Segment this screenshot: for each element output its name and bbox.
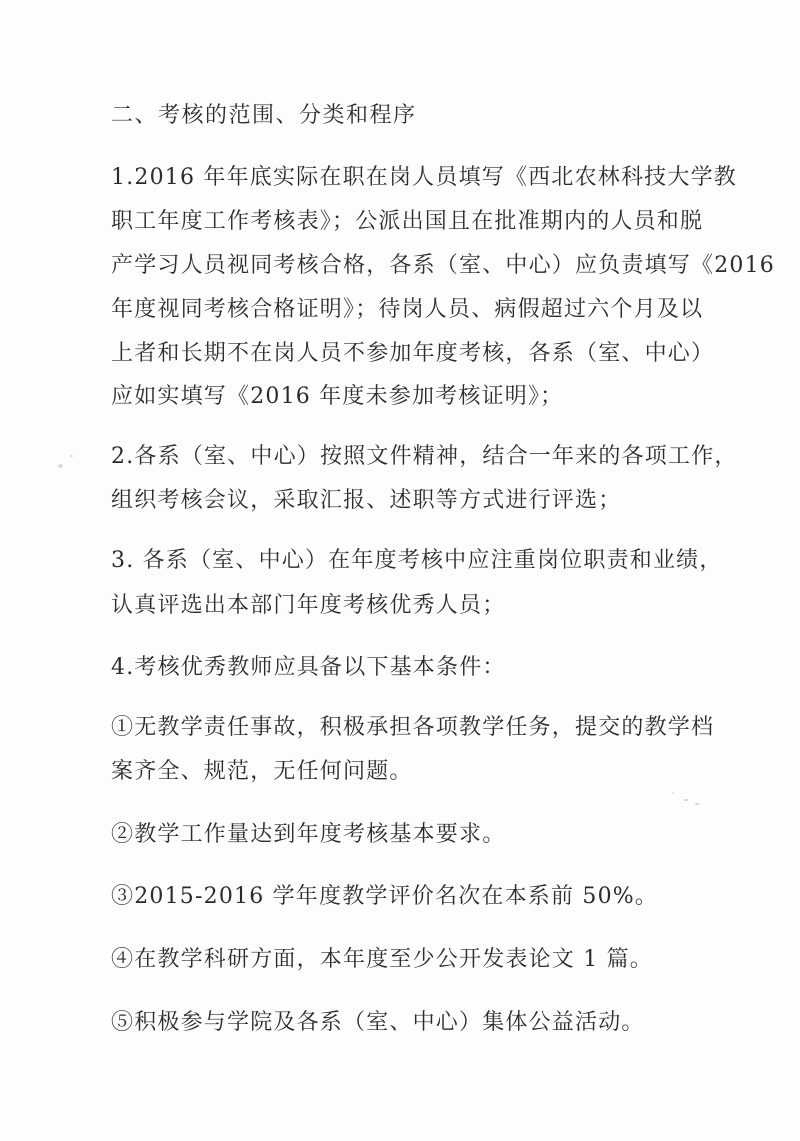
condition-3: ③2015-2016 学年度教学评价名次在本系前 50%。 [111,884,658,910]
condition-4: ④在教学科研方面，本年度至少公开发表论文 1 篇。 [111,947,653,973]
item-1-line-5: 上者和长期不在岗人员不参加年度考核，各系（室、中心） [111,341,714,367]
scanned-document-page: 二、考核的范围、分类和程序 1.2016 年年底实际在职在岗人员填写《西北农林科… [0,0,800,1141]
item-1-line-1: 1.2016 年年底实际在职在岗人员填写《西北农林科技大学教 [111,165,737,191]
item-2-line-1: 2.各系（室、中心）按照文件精神，结合一年来的各项工作， [111,444,738,470]
item-2-line-2: 组织考核会议，采取汇报、述职等方式进行评选； [111,488,621,514]
scan-speck [70,455,73,457]
section-heading: 二、考核的范围、分类和程序 [111,103,417,129]
condition-5: ⑤积极参与学院及各系（室、中心）集体公益活动。 [111,1010,645,1036]
condition-1-line-1: ①无教学责任事故，积极承担各项教学任务，提交的教学档 [111,715,714,741]
item-1-line-6: 应如实填写《2016 年度未参加考核证明》； [111,384,563,410]
item-1-line-2: 职工年度工作考核表》；公派出国且在批准期内的人员和脱 [111,209,703,235]
condition-1-line-2: 案齐全、规范，无任何问题。 [111,759,413,785]
scan-speck [684,799,688,801]
scan-speck [672,792,674,794]
item-3-line-1: 3. 各系（室、中心）在年度考核中应注重岗位职责和业绩， [111,548,723,574]
condition-2: ②教学工作量达到年度考核基本要求。 [111,822,505,848]
item-4-line-1: 4.考核优秀教师应具备以下基本条件： [111,655,506,681]
item-1-line-4: 年度视同考核合格证明》；待岗人员、病假超过六个月及以 [111,297,703,323]
scan-speck [58,464,63,468]
scan-speck [695,803,699,805]
item-1-line-3: 产学习人员视同考核合格，各系（室、中心）应负责填写《2016 [111,253,775,279]
item-3-line-2: 认真评选出本部门年度考核优秀人员； [111,593,505,619]
